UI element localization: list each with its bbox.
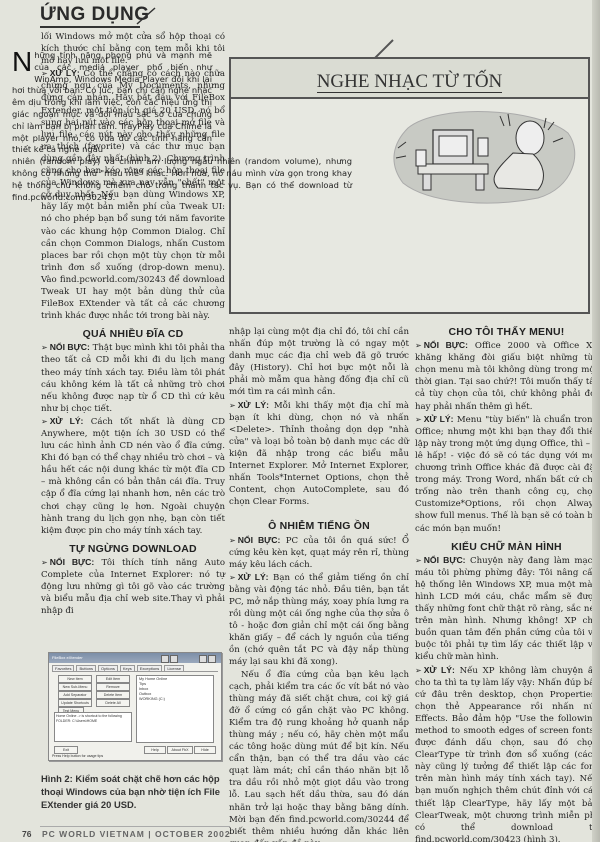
publication-line: PC WORLD VIETNAM | OCTOBER 2002 <box>42 829 231 839</box>
about-button: About FbX <box>167 746 193 754</box>
sidebar-paragraph-part1: hững tính năng phong phú và mạnh mẽ của … <box>12 50 212 154</box>
status-bar: Press Help button for usage tips <box>52 754 103 758</box>
arrow-bullet-icon: ➢ <box>229 536 236 545</box>
fix-text: Nếu XP không làm chuyện ấy cho ta thì ta… <box>415 666 598 842</box>
issue-text: Chuyện này đang làm mạch máu tôi phừng p… <box>415 556 598 663</box>
cartoon-illustration <box>388 108 578 204</box>
drop-cap: N <box>12 50 32 74</box>
new-submenu-button: New Sub-Menu <box>58 683 92 691</box>
window-body: New Item New Sub-Menu Add Separator Upda… <box>52 671 218 758</box>
window-title: FileBox eXtender <box>52 655 83 660</box>
help-icon <box>199 655 207 663</box>
issue-label: NỔI BỰC: <box>424 555 466 565</box>
fix-label: XỬ LÝ: <box>238 572 269 582</box>
column-2: nhập lại cùng một địa chỉ đó, tôi chỉ cầ… <box>229 326 409 842</box>
close-icon <box>208 655 216 663</box>
header-rule <box>40 26 140 28</box>
arrow-bullet-icon: ➢ <box>415 415 422 424</box>
heading-show-menu: CHO TÔI THẤY MENU! <box>415 326 598 338</box>
arrow-bullet-icon: ➢ <box>415 556 422 565</box>
heading-noise-pollution: Ô NHIỄM TIẾNG ỒN <box>229 520 409 532</box>
page-footer: 76 PC WORLD VIETNAM | OCTOBER 2002 <box>0 826 600 842</box>
arrow-bullet-icon: ➢ <box>229 573 236 582</box>
fix-label: XỬ LÝ: <box>424 665 455 675</box>
section-header: ỨNG DỤNG <box>40 4 149 26</box>
pin-icon <box>161 655 169 663</box>
exit-button: Exit <box>54 746 78 754</box>
arrow-bullet-icon: ➢ <box>415 666 422 675</box>
issue-label: NỔI BỰC: <box>50 342 90 352</box>
page-edge-shadow <box>592 0 600 842</box>
window-tabs: Favorites Buttons Options Keys Exception… <box>49 663 221 671</box>
fix-label: XỬ LÝ: <box>238 400 269 410</box>
arrow-bullet-icon: ➢ <box>41 417 48 426</box>
update-shortcuts-button: Update Shortcuts <box>58 699 92 707</box>
list-item: WORKING (C:) <box>139 697 211 702</box>
new-item-button: New Item <box>58 675 92 683</box>
rollup-icon <box>170 655 178 663</box>
issue-label: NỔI BỰC: <box>238 535 281 545</box>
continued-paragraph: nhập lại cùng một địa chỉ đó, tôi chỉ cầ… <box>229 326 409 399</box>
sidebar-paragraph-part2: nhiên (random play) và chỉnh âm lượng ng… <box>12 156 352 203</box>
sidebar-text: Những tính năng phong phú và mạnh mẽ của… <box>12 50 352 203</box>
paragraph: Nếu ổ đĩa cứng của bạn kêu lạch cạch, ph… <box>229 669 409 842</box>
fix-text: Cách tốt nhất là dùng CD Anywhere, một t… <box>41 417 225 536</box>
favorites-list: My Home Online Tips Inbox Outbox WORKING… <box>136 675 214 743</box>
issue-text: Office 2000 và Office XP khăng khăng đòi… <box>415 341 598 411</box>
arrow-bullet-icon: ➢ <box>41 558 48 567</box>
heading-stop-download: TỰ NGỪNG DOWNLOAD <box>41 543 225 555</box>
fix-text: Menu "tùy biến" là chuẩn trong Office; n… <box>415 415 598 534</box>
selected-item-box: Home Online -> is shortcut to the follow… <box>54 712 132 742</box>
hide-button: Hide <box>194 746 216 754</box>
column-3: CHO TÔI THẤY MENU! ➢NỔI BỰC: Office 2000… <box>415 326 598 842</box>
delete-item-button: Delete Item <box>96 691 130 699</box>
arrow-bullet-icon: ➢ <box>229 401 236 410</box>
figure-caption: Hình 2: Kiểm soát chặt chẽ hơn các hộp t… <box>41 772 225 812</box>
fix-label: XỬ LÝ: <box>50 416 84 426</box>
issue-text: Thật bực mình khi tôi phải tha theo tất … <box>41 343 225 413</box>
filebox-extender-screenshot: FileBox eXtender Favorites Buttons Optio… <box>48 652 222 761</box>
issue-label: NỔI BỰC: <box>50 557 95 567</box>
page-number: 76 <box>22 829 31 839</box>
fix-text: Mỗi khi thấy một địa chỉ mà bạn ít khi d… <box>229 401 409 508</box>
help-button: Help <box>144 746 166 754</box>
arrow-bullet-icon: ➢ <box>41 343 48 352</box>
window-titlebar: FileBox eXtender <box>49 653 221 663</box>
add-separator-button: Add Separator <box>58 691 92 699</box>
issue-label: NỔI BỰC: <box>424 340 468 350</box>
section-title: ỨNG DỤNG <box>40 4 149 25</box>
arrow-bullet-icon: ➢ <box>415 341 422 350</box>
remove-button: Remove <box>96 683 130 691</box>
heading-too-many-cds: QUÁ NHIỀU ĐĨA CD <box>41 328 225 340</box>
sidebar-text-narrow: Những tính năng phong phú và mạnh mẽ của… <box>12 50 212 156</box>
edit-item-button: Edit Item <box>96 675 130 683</box>
fix-text: Bạn có thể giảm tiếng ồn chỉ bằng vài độ… <box>229 573 409 668</box>
header-slash-decoration <box>135 6 195 26</box>
delete-all-button: Delete All <box>96 699 130 707</box>
footer-rule <box>40 826 230 827</box>
heading-screen-fonts: KIỂU CHỮ MÀN HÌNH <box>415 541 598 553</box>
fix-label: XỬ LÝ: <box>424 414 454 424</box>
